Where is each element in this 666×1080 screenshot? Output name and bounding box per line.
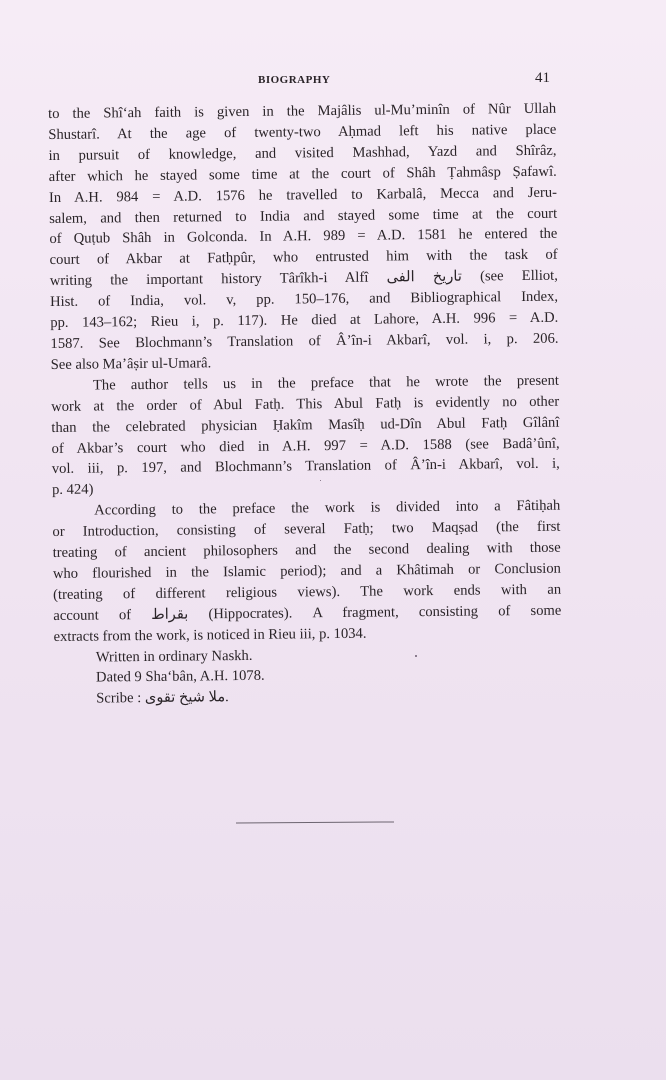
- section-divider-rule: [236, 821, 394, 823]
- scan-speck: [415, 655, 417, 657]
- scan-speck: [320, 480, 321, 481]
- body-text: to the Shî‘ah faith is given in the Majâ…: [48, 99, 562, 711]
- colophon-scribe: Scribe : ملا شیخ تقوی.: [54, 684, 562, 710]
- document-page: BIOGRAPHY 41 to the Shî‘ah faith is give…: [0, 0, 666, 1080]
- paragraph: According to the preface the work is div…: [52, 496, 562, 648]
- paragraphs: to the Shî‘ah faith is given in the Majâ…: [48, 99, 562, 648]
- page-number: 41: [535, 70, 550, 87]
- paragraph: The author tells us in the preface that …: [51, 370, 560, 501]
- running-title: BIOGRAPHY: [258, 74, 330, 86]
- paragraph: to the Shî‘ah faith is given in the Majâ…: [48, 99, 559, 376]
